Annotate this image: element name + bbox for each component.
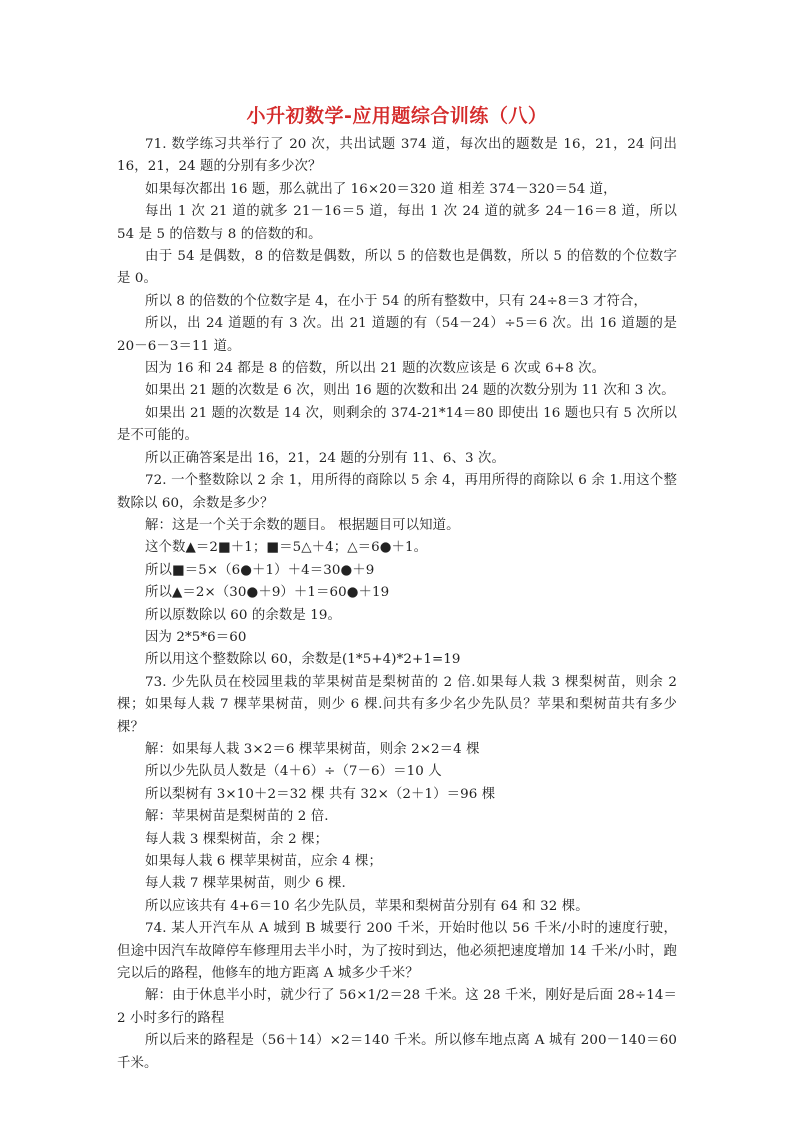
paragraph: 这个数▲＝2■＋1；■＝5△＋4；△＝6●＋1。 bbox=[117, 537, 677, 559]
paragraph: 解：如果每人栽 3×2＝6 棵苹果树苗，则余 2×2＝4 棵 bbox=[117, 739, 677, 761]
paragraph: 解：由于休息半小时，就少行了 56×1/2＝28 千米。这 28 千米，刚好是后… bbox=[117, 985, 677, 1030]
paragraph: 所以■＝5×（6●＋1）＋4＝30●＋9 bbox=[117, 560, 677, 582]
paragraph: 每人栽 7 棵苹果树苗，则少 6 棵. bbox=[117, 873, 677, 895]
paragraph: 所以梨树有 3×10＋2＝32 棵 共有 32×（2＋1）＝96 棵 bbox=[117, 784, 677, 806]
paragraph: 所以应该共有 4+6＝10 名少先队员，苹果和梨树苗分别有 64 和 32 棵。 bbox=[117, 896, 677, 918]
document-body: 71. 数学练习共举行了 20 次，共出试题 374 道，每次出的题数是 16，… bbox=[117, 134, 677, 1075]
paragraph: 如果每人栽 6 棵苹果树苗，应余 4 棵； bbox=[117, 851, 677, 873]
paragraph: 所以正确答案是出 16，21，24 题的分别有 11、6、3 次。 bbox=[117, 448, 677, 470]
paragraph: 每人栽 3 棵梨树苗，余 2 棵； bbox=[117, 829, 677, 851]
paragraph: 所以原数除以 60 的余数是 19。 bbox=[117, 605, 677, 627]
document-title: 小升初数学-应用题综合训练（八） bbox=[117, 101, 677, 131]
paragraph: 所以用这个整数除以 60，余数是(1*5+4)*2+1=19 bbox=[117, 649, 677, 671]
paragraph-q72: 72. 一个整数除以 2 余 1，用所得的商除以 5 余 4，再用所得的商除以 … bbox=[117, 470, 677, 515]
paragraph: 因为 16 和 24 都是 8 的倍数，所以出 21 题的次数应该是 6 次或 … bbox=[117, 358, 677, 380]
paragraph: 因为 2*5*6＝60 bbox=[117, 627, 677, 649]
paragraph: 如果出 21 题的次数是 14 次，则剩余的 374-21*14＝80 即使出 … bbox=[117, 403, 677, 448]
paragraph: 解：这是一个关于余数的题目。 根据题目可以知道。 bbox=[117, 515, 677, 537]
paragraph: 如果出 21 题的次数是 6 次，则出 16 题的次数和出 24 题的次数分别为… bbox=[117, 380, 677, 402]
paragraph: 所以，出 24 道题的有 3 次。出 21 道题的有（54－24）÷5＝6 次。… bbox=[117, 313, 677, 358]
paragraph-q73: 73. 少先队员在校园里栽的苹果树苗是梨树苗的 2 倍.如果每人栽 3 棵梨树苗… bbox=[117, 672, 677, 739]
paragraph: 所以▲＝2×（30●＋9）＋1＝60●＋19 bbox=[117, 582, 677, 604]
paragraph: 所以少先队员人数是（4＋6）÷（7－6）＝10 人 bbox=[117, 761, 677, 783]
paragraph: 所以 8 的倍数的个位数字是 4，在小于 54 的所有整数中，只有 24÷8＝3… bbox=[117, 291, 677, 313]
paragraph-q74: 74. 某人开汽车从 A 城到 B 城要行 200 千米，开始时他以 56 千米… bbox=[117, 918, 677, 985]
paragraph: 如果每次都出 16 题，那么就出了 16×20＝320 道 相差 374－320… bbox=[117, 179, 677, 201]
paragraph: 由于 54 是偶数，8 的倍数是偶数，所以 5 的倍数也是偶数，所以 5 的倍数… bbox=[117, 246, 677, 291]
paragraph: 解：苹果树苗是梨树苗的 2 倍. bbox=[117, 806, 677, 828]
paragraph: 所以后来的路程是（56＋14）×2＝140 千米。所以修车地点离 A 城有 20… bbox=[117, 1030, 677, 1075]
paragraph-q71: 71. 数学练习共举行了 20 次，共出试题 374 道，每次出的题数是 16，… bbox=[117, 134, 677, 179]
paragraph: 每出 1 次 21 道的就多 21－16＝5 道，每出 1 次 24 道的就多 … bbox=[117, 201, 677, 246]
document-page: 小升初数学-应用题综合训练（八） 71. 数学练习共举行了 20 次，共出试题 … bbox=[117, 101, 677, 1075]
